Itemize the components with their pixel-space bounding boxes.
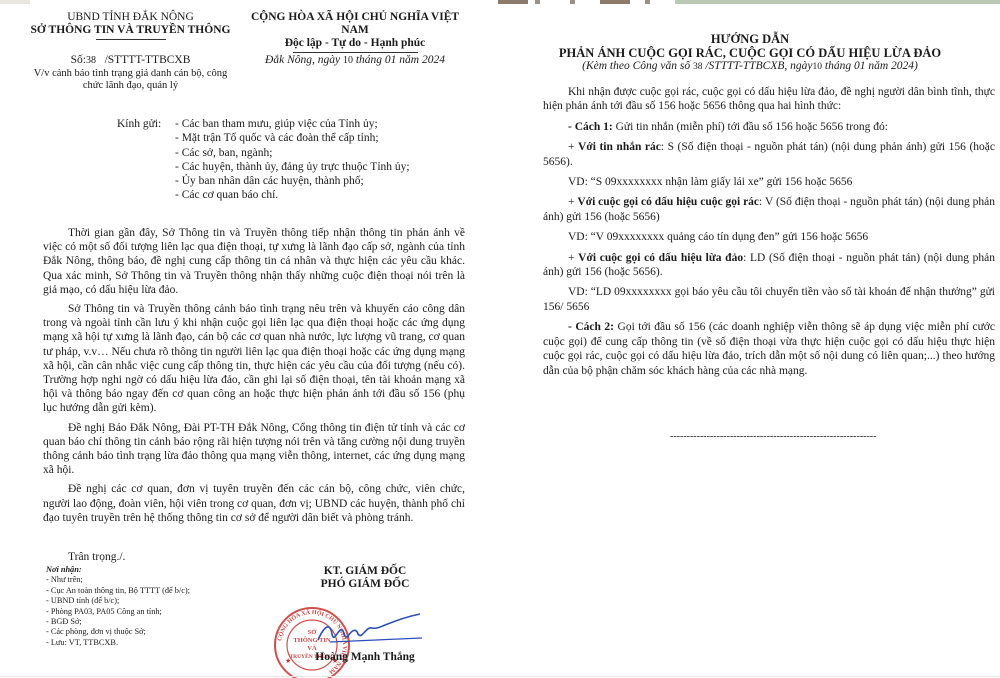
- distribution-item: - BGĐ Sở;: [46, 617, 190, 627]
- distribution-item: - Như trên;: [46, 575, 190, 585]
- case-prefix: +: [568, 141, 578, 153]
- recipients-block: Kính gửi: - Các ban tham mưu, giúp việc …: [117, 117, 410, 203]
- svg-text:★: ★: [285, 657, 291, 665]
- issuing-agency-header: UBND TỈNH ĐẮK NÔNG SỞ THÔNG TIN VÀ TRUYỀ…: [28, 11, 233, 40]
- guide-intro: Khi nhận được cuộc gọi rác, cuộc gọi có …: [543, 85, 995, 114]
- bottom-edge: [0, 676, 1000, 677]
- national-title: CỘNG HÒA XÃ HỘI CHỦ NGHĨA VIỆT NAM: [240, 11, 470, 37]
- motto-underline: [293, 52, 418, 53]
- method-1-text: Gửi tin nhắn (miễn phí) tới đầu số 156 h…: [613, 121, 888, 133]
- guide-title: HƯỚNG DẪN PHẢN ÁNH CUỘC GỌI RÁC, CUỘC GỌ…: [500, 32, 1000, 60]
- recipients-label: Kính gửi:: [117, 117, 177, 131]
- end-divider: ----------------------------------------…: [670, 431, 895, 442]
- recipient-item: - Các ban tham mưu, giúp việc của Tỉnh ủ…: [175, 117, 410, 131]
- distribution-item: - Cục An toàn thông tin, Bộ TTTT (để b/c…: [46, 586, 190, 596]
- guide-subtitle: (Kèm theo Công văn số 38 /STTTT-TTBCXB, …: [500, 60, 1000, 74]
- subtitle-day: 10: [813, 62, 823, 72]
- doc-number-prefix: Số:: [71, 54, 86, 66]
- case-rule: + Với cuộc gọi có dấu hiệu cuộc gọi rác:…: [543, 195, 995, 224]
- letter-body: Thời gian gần đây, Sở Thông tin và Truyề…: [43, 226, 465, 530]
- case-example: VD: “V 09xxxxxxxx quảng cáo tín dụng đen…: [543, 230, 995, 244]
- case-label: Với cuộc gọi có dấu hiệu lừa đảo: [578, 252, 743, 264]
- recipient-item: - Mặt trận Tổ quốc và các đoàn thể cấp t…: [175, 131, 410, 145]
- case-prefix: +: [568, 252, 578, 264]
- national-motto: Độc lập - Tự do - Hạnh phúc: [240, 37, 470, 50]
- official-letter-page: UBND TỈNH ĐẮK NÔNG SỞ THÔNG TIN VÀ TRUYỀ…: [0, 0, 500, 678]
- subtitle-mid: /STTTT-TTBCXB, ngày: [702, 60, 812, 72]
- distribution-items: - Như trên;- Cục An toàn thông tin, Bộ T…: [46, 575, 190, 648]
- case-label: Với cuộc gọi có dấu hiệu cuộc gọi rác: [577, 196, 759, 208]
- distribution-item: - Lưu: VT, TTBCXB.: [46, 638, 190, 648]
- method-1: - Cách 1: Gửi tin nhắn (miễn phí) tới đầ…: [543, 120, 995, 134]
- recipient-item: - Các sở, ban, ngành;: [175, 146, 410, 160]
- guide-title-line2: PHẢN ÁNH CUỘC GỌI RÁC, CUỘC GỌI CÓ DẤU H…: [500, 46, 1000, 60]
- document-number: Số:38 /STTTT-TTBCXB: [28, 54, 233, 67]
- case-rule: + Với cuộc gọi có dấu hiệu lừa đảo: LD (…: [543, 251, 995, 280]
- signature-authority: KT. GIÁM ĐỐC: [300, 565, 430, 578]
- distribution-title: Nơi nhận:: [46, 565, 190, 575]
- case-example: VD: “LD 09xxxxxxxx gọi báo yêu cầu tôi c…: [543, 285, 995, 314]
- guide-title-line1: HƯỚNG DẪN: [500, 32, 1000, 46]
- method-1-label: - Cách 1:: [568, 121, 613, 133]
- method-2-label: - Cách 2:: [568, 321, 614, 333]
- date-place: Đắk Nông, ngày: [265, 54, 343, 66]
- date-day: 10: [343, 55, 353, 66]
- case-label: Với tin nhắn rác: [578, 141, 661, 153]
- guide-appendix-page: HƯỚNG DẪN PHẢN ÁNH CUỘC GỌI RÁC, CUỘC GỌ…: [500, 0, 1000, 678]
- distribution-item: - Phòng PA03, PA05 Công an tỉnh;: [46, 607, 190, 617]
- method-2: - Cách 2: Gọi tới đầu số 156 (các doanh …: [543, 320, 995, 378]
- agency-parent: UBND TỈNH ĐẮK NÔNG: [28, 11, 233, 24]
- agency-name: SỞ THÔNG TIN VÀ TRUYỀN THÔNG: [28, 24, 233, 37]
- subtitle-pre: (Kèm theo Công văn số: [582, 60, 693, 72]
- signature-title: PHÓ GIÁM ĐỐC: [300, 578, 430, 591]
- national-motto-header: CỘNG HÒA XÃ HỘI CHỦ NGHĨA VIỆT NAM Độc l…: [240, 11, 470, 53]
- case-rule: + Với tin nhắn rác: S (Số điện thoại - n…: [543, 140, 995, 169]
- header-underline: [96, 39, 166, 40]
- doc-number-suffix: /STTTT-TTBCXB: [105, 54, 191, 66]
- closing-salutation: Trân trọng./.: [68, 551, 125, 563]
- recipient-item: - Các cơ quan báo chí.: [175, 188, 410, 202]
- recipient-item: - Ủy ban nhân dân các huyện, thành phố;: [175, 174, 410, 188]
- distribution-item: - Các phòng, đơn vị thuộc Sở;: [46, 627, 190, 637]
- body-paragraph: Đề nghị Báo Đắk Nông, Đài PT-TH Đắk Nông…: [43, 421, 465, 478]
- method-1-cases: + Với tin nhắn rác: S (Số điện thoại - n…: [543, 140, 995, 314]
- subtitle-post: tháng 01 năm 2024): [822, 60, 918, 72]
- guide-body: Khi nhận được cuộc gọi rác, cuộc gọi có …: [543, 85, 995, 384]
- distribution-item: - UBND tỉnh (để b/c);: [46, 596, 190, 606]
- body-paragraph: Thời gian gần đây, Sở Thông tin và Truyề…: [43, 226, 465, 297]
- signature-block: KT. GIÁM ĐỐC PHÓ GIÁM ĐỐC: [300, 565, 430, 591]
- body-paragraph: Sở Thông tin và Truyền thông cảnh báo tì…: [43, 302, 465, 416]
- doc-number-value: 38: [86, 55, 96, 66]
- case-example: VD: “S 09xxxxxxxx nhận làm giấy lái xe” …: [543, 175, 995, 189]
- date-rest: tháng 01 năm 2024: [353, 54, 445, 66]
- signer-name: Hoàng Mạnh Thắng: [300, 651, 430, 663]
- case-prefix: +: [568, 196, 577, 208]
- recipient-item: - Các huyện, thành ủy, đảng ủy trực thuộ…: [175, 160, 410, 174]
- document-subject: V/v cảnh báo tình trạng giả danh cán bộ,…: [28, 68, 233, 92]
- document-date: Đắk Nông, ngày 10 tháng 01 năm 2024: [240, 54, 470, 67]
- body-paragraph: Đề nghị các cơ quan, đơn vị tuyên truyền…: [43, 482, 465, 525]
- distribution-list: Nơi nhận: - Như trên;- Cục An toàn thông…: [46, 565, 190, 648]
